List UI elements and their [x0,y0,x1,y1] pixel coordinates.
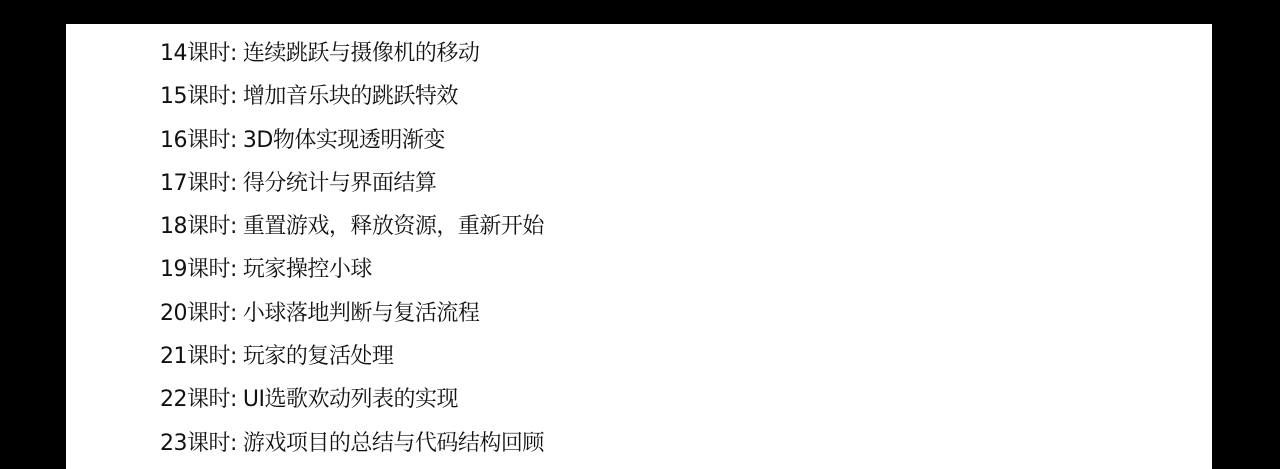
lesson-number: 17课时: [160,171,237,196]
lesson-item: 20课时:小球落地判断与复活流程 [160,296,544,339]
lesson-item: 15课时:增加音乐块的跳跃特效 [160,79,544,122]
lesson-title: 3D物体实现透明渐变 [243,128,445,153]
lesson-number: 19课时: [160,257,237,282]
lesson-number: 22课时: [160,387,237,412]
lesson-title: 玩家操控小球 [243,257,372,282]
lesson-number: 15课时: [160,84,237,109]
lesson-item: 19课时:玩家操控小球 [160,252,544,295]
lesson-title: UI选歌欢动列表的实现 [243,387,458,412]
lesson-title: 游戏项目的总结与代码结构回顾 [243,431,544,456]
lesson-number: 21课时: [160,344,237,369]
lesson-number: 20课时: [160,301,237,326]
lesson-item: 18课时:重置游戏，释放资源，重新开始 [160,209,544,252]
lesson-title: 重置游戏，释放资源，重新开始 [243,214,544,239]
lesson-item: 16课时:3D物体实现透明渐变 [160,123,544,166]
lesson-item: 23课时:游戏项目的总结与代码结构回顾 [160,426,544,469]
lesson-title: 增加音乐块的跳跃特效 [243,84,458,109]
lesson-number: 23课时: [160,431,237,456]
lesson-title: 小球落地判断与复活流程 [243,301,480,326]
lesson-number: 18课时: [160,214,237,239]
lesson-item: 14课时:连续跳跃与摄像机的移动 [160,36,544,79]
lesson-title: 得分统计与界面结算 [243,171,437,196]
lesson-item: 17课时:得分统计与界面结算 [160,166,544,209]
lesson-title: 连续跳跃与摄像机的移动 [243,41,480,66]
lesson-list: 14课时:连续跳跃与摄像机的移动 15课时:增加音乐块的跳跃特效 16课时:3D… [160,36,544,469]
lesson-item: 21课时:玩家的复活处理 [160,339,544,382]
lesson-number: 14课时: [160,41,237,66]
document-page: 14课时:连续跳跃与摄像机的移动 15课时:增加音乐块的跳跃特效 16课时:3D… [66,24,1212,469]
lesson-title: 玩家的复活处理 [243,344,394,369]
lesson-item: 22课时:UI选歌欢动列表的实现 [160,382,544,425]
lesson-number: 16课时: [160,128,237,153]
